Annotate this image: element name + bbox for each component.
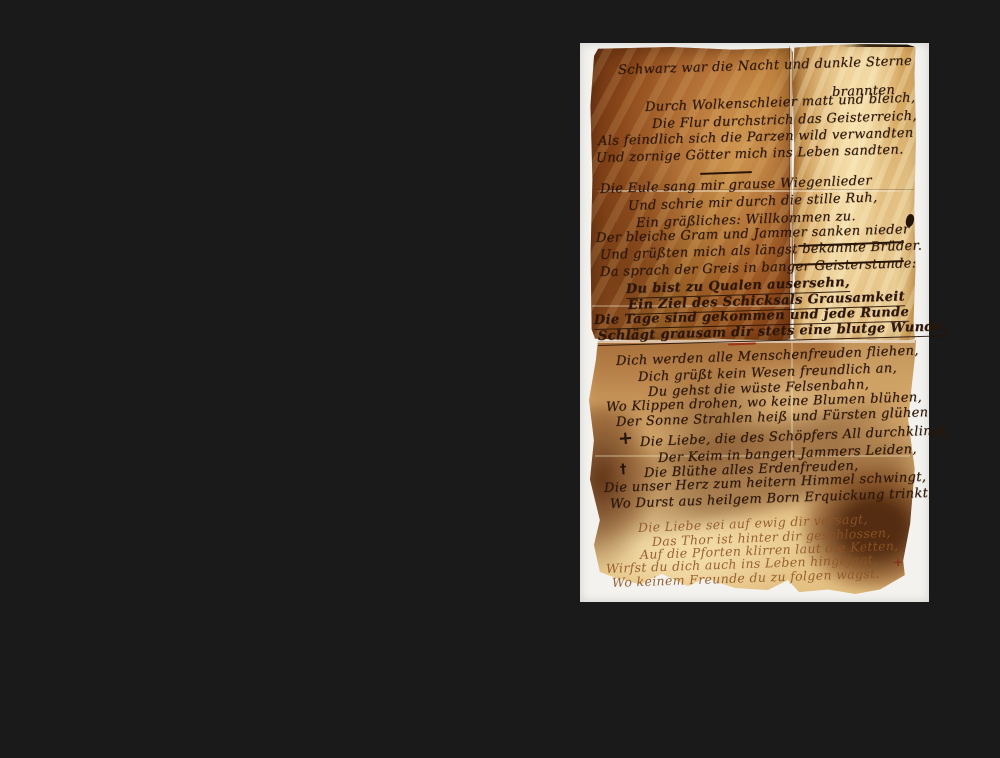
underline-stroke bbox=[700, 171, 752, 175]
margin-cross-mark: + bbox=[617, 427, 634, 449]
handwriting-layer: Schwarz war die Nacht und dunkle Sterneb… bbox=[580, 43, 929, 602]
margin-cross-mark: † bbox=[619, 462, 627, 477]
manuscript-line: Schwarz war die Nacht und dunkle Sterne bbox=[618, 55, 912, 79]
underline-stroke-red bbox=[728, 343, 756, 346]
margin-cross-mark: + bbox=[893, 555, 904, 570]
scanned-page-background: Schwarz war die Nacht und dunkle Sterneb… bbox=[580, 43, 929, 602]
photo-viewer-canvas: Schwarz war die Nacht und dunkle Sterneb… bbox=[0, 0, 1000, 758]
